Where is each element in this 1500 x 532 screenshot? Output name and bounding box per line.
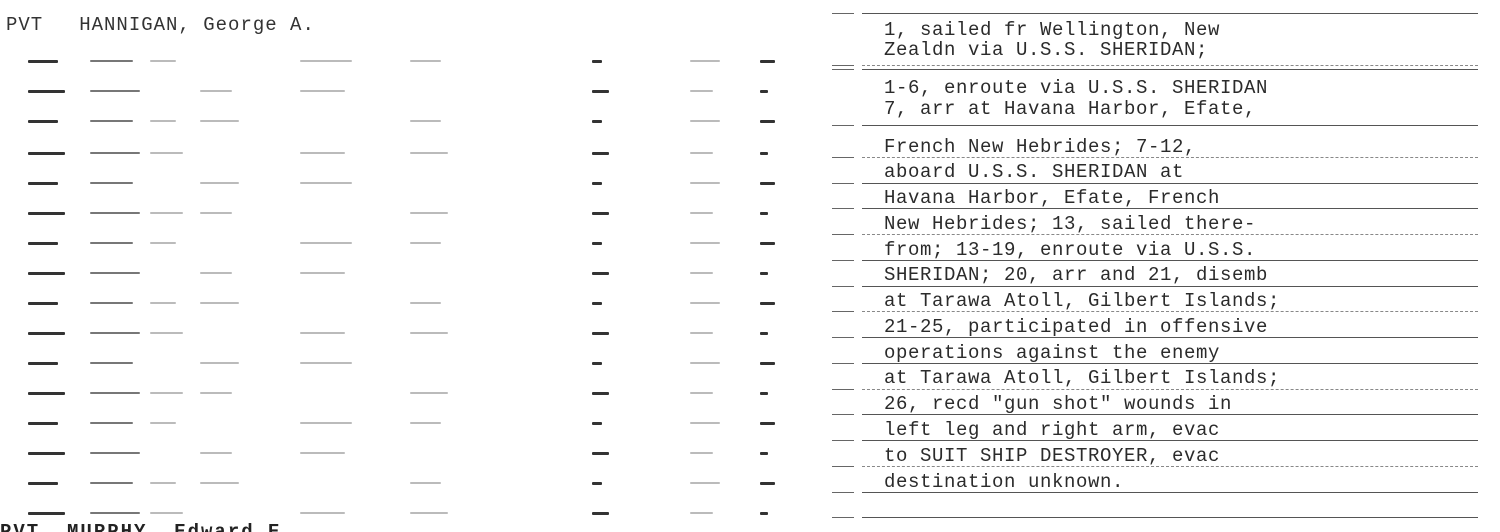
remarks-line: to SUIT SHIP DESTROYER, evac xyxy=(884,446,1220,466)
field-dash xyxy=(300,512,345,514)
field-dash xyxy=(200,182,239,184)
margin-dash xyxy=(832,363,854,364)
field-dash xyxy=(28,90,65,93)
field-dash xyxy=(760,242,775,245)
field-dash xyxy=(150,60,176,62)
margin-dash xyxy=(832,414,854,415)
field-dash xyxy=(300,332,345,334)
remarks-line: 21-25, participated in offensive xyxy=(884,317,1268,337)
remarks-line: French New Hebrides; 7-12, xyxy=(884,137,1196,157)
field-dash xyxy=(28,332,65,335)
field-dash xyxy=(28,482,58,485)
ruled-line xyxy=(862,125,1478,126)
ruled-line xyxy=(862,69,1478,70)
margin-dash xyxy=(832,311,854,312)
field-dash xyxy=(690,452,713,454)
margin-dash xyxy=(832,466,854,467)
field-dash xyxy=(90,182,133,184)
margin-dash xyxy=(832,208,854,209)
field-dash xyxy=(28,182,58,185)
field-dash xyxy=(90,302,133,304)
remarks-line: destination unknown. xyxy=(884,472,1124,492)
field-dash xyxy=(90,482,133,484)
field-dash xyxy=(690,272,713,274)
remarks-line: Zealdn via U.S.S. SHERIDAN; xyxy=(884,40,1208,60)
margin-dash xyxy=(832,234,854,235)
remarks-line: at Tarawa Atoll, Gilbert Islands; xyxy=(884,291,1280,311)
ruled-line xyxy=(862,517,1478,518)
field-dash xyxy=(90,90,140,92)
margin-dash xyxy=(832,286,854,287)
field-dash xyxy=(90,152,140,154)
field-dash xyxy=(690,212,713,214)
margin-dash xyxy=(832,389,854,390)
field-dash xyxy=(300,272,345,274)
remarks-line: from; 13-19, enroute via U.S.S. xyxy=(884,240,1256,260)
field-dash xyxy=(760,212,768,215)
field-dash xyxy=(150,152,183,154)
field-dash xyxy=(592,120,602,123)
field-dash xyxy=(760,302,775,305)
field-dash xyxy=(28,362,58,365)
margin-dash xyxy=(832,492,854,493)
field-dash xyxy=(150,242,176,244)
field-dash xyxy=(90,212,140,214)
field-dash xyxy=(760,120,775,123)
field-dash xyxy=(150,392,183,394)
field-dash xyxy=(690,60,720,62)
field-dash xyxy=(690,422,720,424)
field-dash xyxy=(300,60,352,62)
field-dash xyxy=(28,120,58,123)
field-dash xyxy=(200,212,232,214)
field-dash xyxy=(200,392,232,394)
field-dash xyxy=(410,212,448,214)
field-dash xyxy=(410,60,441,62)
field-dash xyxy=(90,452,140,454)
member-name: HANNIGAN, George A. xyxy=(79,14,315,36)
field-dash xyxy=(592,242,602,245)
field-dash xyxy=(90,392,140,394)
field-dash xyxy=(300,90,345,92)
field-dash xyxy=(760,512,768,515)
field-dash xyxy=(28,422,58,425)
next-entry-cut-off: PVT MURPHY, Edward E. xyxy=(0,521,295,532)
field-dash xyxy=(592,362,602,365)
field-dash xyxy=(28,60,58,63)
field-dash xyxy=(28,302,58,305)
field-dash xyxy=(28,512,65,515)
field-dash xyxy=(760,392,768,395)
remarks-line: aboard U.S.S. SHERIDAN at xyxy=(884,162,1184,182)
field-dash xyxy=(90,272,140,274)
field-dash xyxy=(28,452,65,455)
field-dash xyxy=(592,182,602,185)
field-dash xyxy=(760,422,775,425)
remarks-line: Havana Harbor, Efate, French xyxy=(884,188,1220,208)
ruled-line xyxy=(862,13,1478,14)
field-dash xyxy=(90,60,133,62)
field-dash xyxy=(300,362,352,364)
field-dash xyxy=(760,60,775,63)
margin-dash xyxy=(832,65,854,66)
field-dash xyxy=(300,242,352,244)
document-page: PVTHANNIGAN, George A. PVT MURPHY, Edwar… xyxy=(0,0,1500,532)
field-dash xyxy=(760,90,768,93)
field-dash xyxy=(592,272,609,275)
field-dash xyxy=(200,302,239,304)
field-dash xyxy=(150,120,176,122)
margin-dash xyxy=(832,517,854,518)
remarks-line: 26, recd "gun shot" wounds in xyxy=(884,394,1232,414)
field-dash xyxy=(150,212,183,214)
field-dash xyxy=(690,302,720,304)
ruled-line xyxy=(862,286,1478,287)
field-dash xyxy=(410,152,448,154)
field-dash xyxy=(690,120,720,122)
remarks-line: operations against the enemy xyxy=(884,343,1220,363)
field-dash xyxy=(760,482,775,485)
ruled-line xyxy=(862,183,1478,184)
remarks-line: at Tarawa Atoll, Gilbert Islands; xyxy=(884,368,1280,388)
field-dash xyxy=(690,182,720,184)
field-dash xyxy=(90,242,133,244)
field-dash xyxy=(90,362,133,364)
field-dash xyxy=(300,422,352,424)
remarks-line: left leg and right arm, evac xyxy=(884,420,1220,440)
field-dash xyxy=(410,392,448,394)
field-dash xyxy=(760,452,768,455)
ruled-line xyxy=(862,65,1478,66)
field-dash xyxy=(760,332,768,335)
field-dash xyxy=(592,60,602,63)
field-dash xyxy=(410,422,441,424)
field-dash xyxy=(592,152,609,155)
margin-dash xyxy=(832,13,854,14)
field-dash xyxy=(200,482,239,484)
field-dash xyxy=(410,242,441,244)
field-dash xyxy=(592,302,602,305)
margin-dash xyxy=(832,337,854,338)
field-dash xyxy=(150,482,176,484)
field-dash xyxy=(90,120,133,122)
field-dash xyxy=(90,422,133,424)
field-dash xyxy=(592,422,602,425)
field-dash xyxy=(300,152,345,154)
field-dash xyxy=(300,452,345,454)
field-dash xyxy=(300,182,352,184)
field-dash xyxy=(150,422,176,424)
field-dash xyxy=(28,152,65,155)
field-dash xyxy=(592,512,609,515)
margin-dash xyxy=(832,440,854,441)
field-dash xyxy=(150,302,176,304)
margin-dash xyxy=(832,69,854,70)
field-dash xyxy=(410,332,448,334)
field-dash xyxy=(90,332,140,334)
field-dash xyxy=(760,362,775,365)
field-dash xyxy=(200,272,232,274)
field-dash xyxy=(760,182,775,185)
field-dash xyxy=(410,302,441,304)
remarks-line: SHERIDAN; 20, arr and 21, disemb xyxy=(884,265,1268,285)
field-dash xyxy=(690,242,720,244)
remarks-line: 1, sailed fr Wellington, New xyxy=(884,20,1220,40)
remarks-line: 1-6, enroute via U.S.S. SHERIDAN xyxy=(884,78,1268,98)
rank: PVT xyxy=(6,14,43,36)
field-dash xyxy=(592,392,609,395)
field-dash xyxy=(592,482,602,485)
field-dash xyxy=(90,512,140,514)
field-dash xyxy=(28,392,65,395)
field-dash xyxy=(200,90,232,92)
field-dash xyxy=(200,362,239,364)
field-dash xyxy=(592,212,609,215)
field-dash xyxy=(760,152,768,155)
margin-dash xyxy=(832,183,854,184)
field-dash xyxy=(28,272,65,275)
remarks-line: 7, arr at Havana Harbor, Efate, xyxy=(884,99,1256,119)
margin-dash xyxy=(832,125,854,126)
field-dash xyxy=(592,452,609,455)
field-dash xyxy=(150,512,183,514)
field-dash xyxy=(410,120,441,122)
field-dash xyxy=(690,90,713,92)
field-dash xyxy=(410,512,448,514)
field-dash xyxy=(200,120,239,122)
field-dash xyxy=(28,242,58,245)
remarks-line: New Hebrides; 13, sailed there- xyxy=(884,214,1256,234)
field-dash xyxy=(410,482,441,484)
margin-dash xyxy=(832,157,854,158)
field-dash xyxy=(28,212,65,215)
field-dash xyxy=(150,332,183,334)
field-dash xyxy=(592,332,609,335)
field-dash xyxy=(760,272,768,275)
field-dash xyxy=(690,392,713,394)
field-dash xyxy=(592,90,609,93)
field-dash xyxy=(690,362,720,364)
field-dash xyxy=(690,152,713,154)
field-dash xyxy=(690,332,713,334)
ruled-line xyxy=(862,389,1478,390)
field-dash xyxy=(200,452,232,454)
field-dash xyxy=(690,512,713,514)
margin-dash xyxy=(832,260,854,261)
field-dash xyxy=(690,482,720,484)
service-member-entry: PVTHANNIGAN, George A. xyxy=(6,14,315,36)
